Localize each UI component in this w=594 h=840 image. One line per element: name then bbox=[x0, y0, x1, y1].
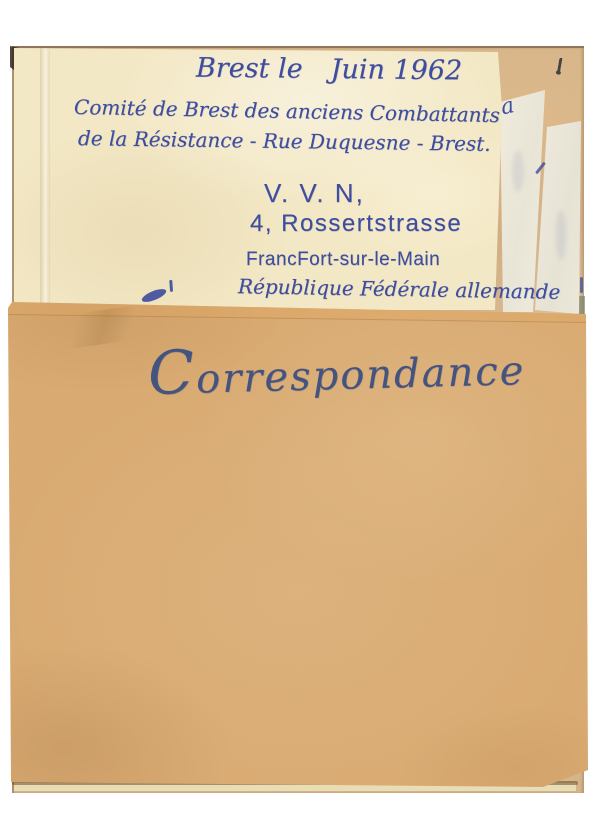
letter-date-line: Brest le Juin 1962 bbox=[196, 53, 462, 87]
ink-ghost-smudge bbox=[512, 150, 524, 192]
recipient-city: FrancFort-sur-le-Main bbox=[246, 249, 440, 271]
envelope-label: Correspondance bbox=[147, 329, 526, 409]
archival-scan: la Brest le Juin 1962 Comité de Brest de… bbox=[0, 0, 594, 840]
letter-fold-crease bbox=[40, 48, 50, 310]
recipient-name: V. V. N, bbox=[264, 178, 365, 209]
recipient-street: 4, Rossertstrasse bbox=[250, 210, 462, 238]
ink-ghost-smudge bbox=[556, 210, 566, 260]
date-value: Juin 1962 bbox=[330, 54, 462, 86]
ink-dash bbox=[580, 277, 583, 293]
date-place: Brest le bbox=[196, 53, 303, 85]
